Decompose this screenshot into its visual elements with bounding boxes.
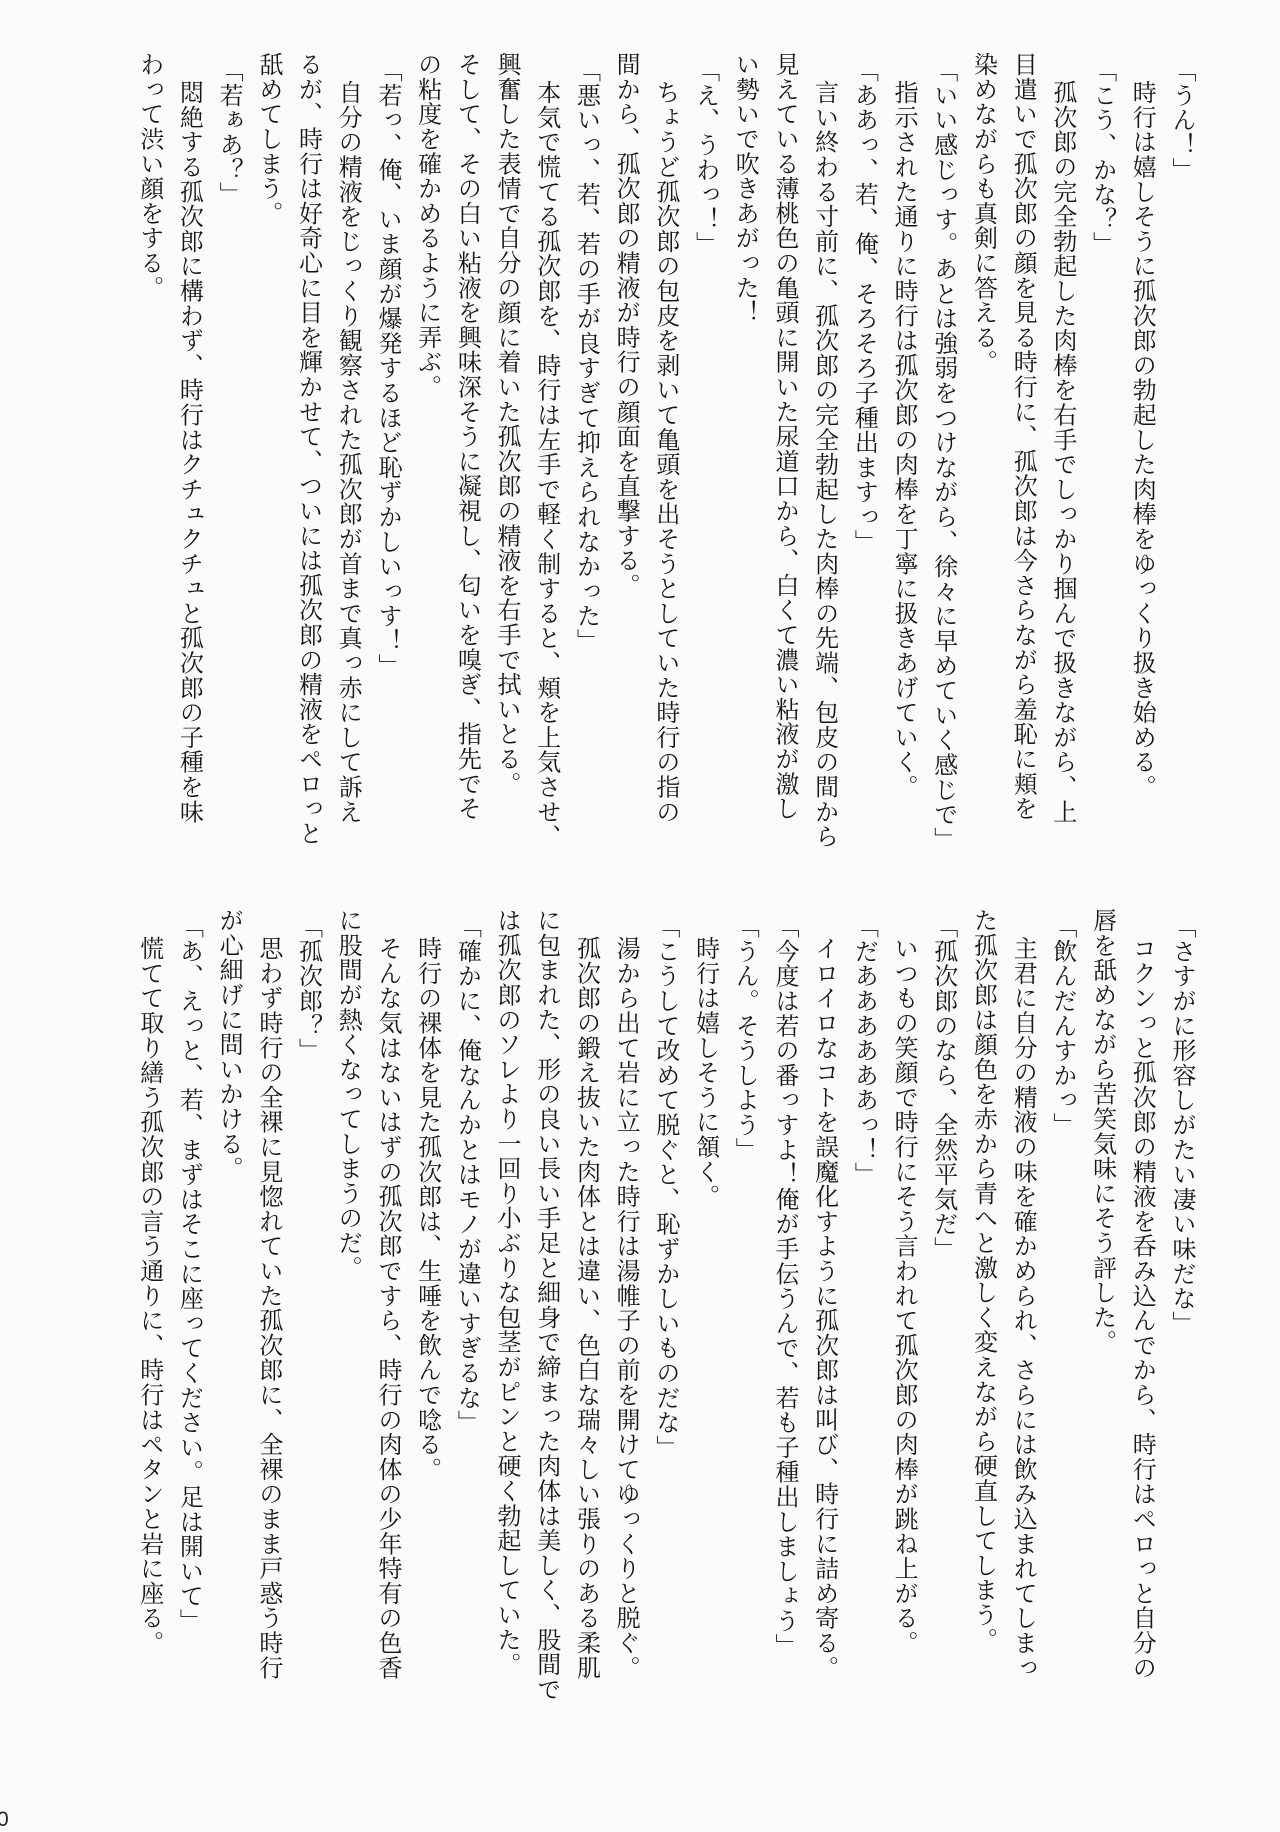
text-column: 本気で慌てる孤次郎を、時行は左手で軽く制すると、頬を上気させ、 bbox=[525, 52, 565, 867]
text-column: に股間が熱くなってしまうのだ。 bbox=[327, 908, 367, 1723]
text-column: 「いい感じっす。あとは強弱をつけながら、徐々に早めていく感じで」 bbox=[922, 52, 962, 867]
text-column: 「こう、かな？」 bbox=[1081, 52, 1121, 867]
text-column: イロイロなコトを誤魔化すように孤次郎は叫び、時行に詰め寄る。 bbox=[803, 908, 843, 1723]
text-column: の粘度を確かめるように弄ぶ。 bbox=[406, 52, 446, 867]
text-column: 「こうして改めて脱ぐと、恥ずかしいものだな」 bbox=[644, 908, 684, 1723]
text-column: 「え、うわっ！」 bbox=[684, 52, 724, 867]
text-column: 舐めてしまう。 bbox=[247, 52, 287, 867]
text-column: 悶絶する孤次郎に構わず、時行はクチュクチュと孤次郎の子種を味 bbox=[168, 52, 208, 867]
text-block-bottom: 「さすがに形容しがたい凄い味だな」コクンっと孤次郎の精液を呑み込んでから、時行は… bbox=[128, 908, 1200, 1723]
text-column: 唇を舐めながら苦笑気味にそう評した。 bbox=[1081, 908, 1121, 1723]
text-column: に包まれた、形の良い長い手足と細身で締まった肉体は美しく、股間で bbox=[525, 908, 565, 1723]
text-column: 「だああああああっ！」 bbox=[843, 908, 883, 1723]
text-column: 「若ぁあ？」 bbox=[207, 52, 247, 867]
text-column: 「悪いっ、若、若の手が良すぎて抑えられなかった」 bbox=[565, 52, 605, 867]
text-column: 「あ、えっと、若、まずはそこに座ってください。足は開いて」 bbox=[168, 908, 208, 1723]
text-column: 自分の精液をじっくり観察された孤次郎が首まで真っ赤にして訴え bbox=[327, 52, 367, 867]
text-column: 「うん。そうしよう」 bbox=[724, 908, 764, 1723]
text-column: 「確かに、俺なんかとはモノが違いすぎるな」 bbox=[446, 908, 486, 1723]
page-number: 0 bbox=[0, 1808, 9, 1832]
text-column: 「若っ、俺、いま顔が爆発するほど恥ずかしいっす！」 bbox=[366, 52, 406, 867]
text-column: 見えている薄桃色の亀頭に開いた尿道口から、白くて濃い粘液が激し bbox=[763, 52, 803, 867]
text-column: るが、時行は好奇心に目を輝かせて、ついには孤次郎の精液をペロっと bbox=[287, 52, 327, 867]
text-column: 「孤次郎のなら、全然平気だ」 bbox=[922, 908, 962, 1723]
text-column: い勢いで吹きあがった！ bbox=[724, 52, 764, 867]
text-column: そんな気はないはずの孤次郎ですら、時行の肉体の少年特有の色香 bbox=[366, 908, 406, 1723]
text-column: いつもの笑顔で時行にそう言われて孤次郎の肉棒が跳ね上がる。 bbox=[882, 908, 922, 1723]
text-column: 「今度は若の番っすよ！俺が手伝うんで、若も子種出しましょう」 bbox=[763, 908, 803, 1723]
text-column: 思わず時行の全裸に見惚れていた孤次郎に、全裸のまま戸惑う時行 bbox=[247, 908, 287, 1723]
text-column: 「うん！」 bbox=[1160, 52, 1200, 867]
text-column: 時行の裸体を見た孤次郎は、生唾を飲んで唸る。 bbox=[406, 908, 446, 1723]
text-column: 「ああっ、若、俺、そろそろ子種出ますっ」 bbox=[843, 52, 883, 867]
text-column: 間から、孤次郎の精液が時行の顔面を直撃する。 bbox=[604, 52, 644, 867]
text-column: コクンっと孤次郎の精液を呑み込んでから、時行はペロっと自分の bbox=[1121, 908, 1161, 1723]
text-column: そして、その白い粘液を興味深そうに凝視し、匂いを嗅ぎ、指先でそ bbox=[446, 52, 486, 867]
text-column: 興奮した表情で自分の顔に着いた孤次郎の精液を右手で拭いとる。 bbox=[485, 52, 525, 867]
text-column: 孤次郎の鍛え抜いた肉体とは違い、色白な瑞々しい張りのある柔肌 bbox=[565, 908, 605, 1723]
text-column: 主君に自分の精液の味を確かめられ、さらには飲み込まれてしまっ bbox=[1001, 908, 1041, 1723]
scanned-novel-page: 「うん！」時行は嬉しそうに孤次郎の勃起した肉棒をゆっくり扱き始める。「こう、かな… bbox=[0, 0, 1280, 1832]
text-column: 「孤次郎？」 bbox=[287, 908, 327, 1723]
text-column: 「さすがに形容しがたい凄い味だな」 bbox=[1160, 908, 1200, 1723]
text-column: ちょうど孤次郎の包皮を剥いて亀頭を出そうとしていた時行の指の bbox=[644, 52, 684, 867]
text-column: 指示された通りに時行は孤次郎の肉棒を丁寧に扱きあげていく。 bbox=[882, 52, 922, 867]
text-column: わって渋い顔をする。 bbox=[128, 52, 168, 867]
text-column: は孤次郎のソレより一回り小ぶりな包茎がピンと硬く勃起していた。 bbox=[485, 908, 525, 1723]
text-column: 言い終わる寸前に、孤次郎の完全勃起した肉棒の先端、包皮の間から bbox=[803, 52, 843, 867]
text-column: 湯から出て岩に立った時行は湯帷子の前を開けてゆっくりと脱ぐ。 bbox=[604, 908, 644, 1723]
text-column: た孤次郎は顔色を赤から青へと激しく変えながら硬直してしまう。 bbox=[962, 908, 1002, 1723]
text-column: 時行は嬉しそうに孤次郎の勃起した肉棒をゆっくり扱き始める。 bbox=[1121, 52, 1161, 867]
text-block-top: 「うん！」時行は嬉しそうに孤次郎の勃起した肉棒をゆっくり扱き始める。「こう、かな… bbox=[128, 52, 1200, 867]
text-column: 孤次郎の完全勃起した肉棒を右手でしっかり掴んで扱きながら、上 bbox=[1041, 52, 1081, 867]
text-column: 目遣いで孤次郎の顔を見る時行に、孤次郎は今さらながら羞恥に頬を bbox=[1001, 52, 1041, 867]
text-column: 慌てて取り繕う孤次郎の言う通りに、時行はペタンと岩に座る。 bbox=[128, 908, 168, 1723]
text-column: が心細げに問いかける。 bbox=[207, 908, 247, 1723]
text-column: 時行は嬉しそうに頷く。 bbox=[684, 908, 724, 1723]
text-column: 染めながらも真剣に答える。 bbox=[962, 52, 1002, 867]
text-column: 「飲んだんすかっ」 bbox=[1041, 908, 1081, 1723]
